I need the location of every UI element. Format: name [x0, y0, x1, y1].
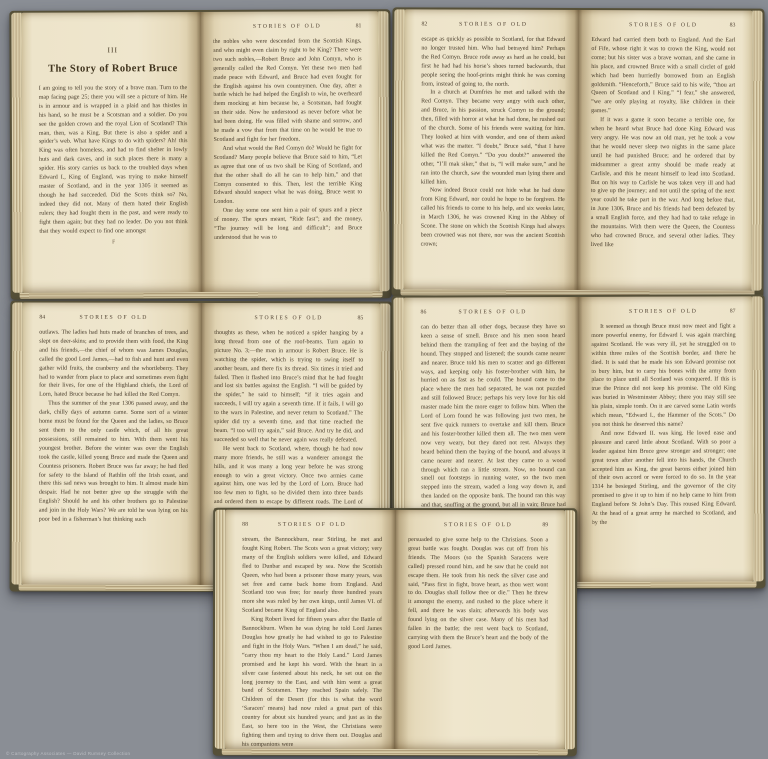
book-page-83: STORIES OF OLD 83 Edward had carried the…: [578, 10, 753, 291]
running-title: STORIES OF OLD: [55, 315, 172, 321]
paragraph: the nobles who were descended from the S…: [213, 37, 362, 145]
book-page-82: 82 STORIES OF OLD escape as quickly as p…: [404, 9, 579, 290]
running-title: STORIES OF OLD: [424, 522, 532, 528]
book-cover: III The Story of Robert Bruce I am going…: [9, 9, 391, 300]
running-title: STORIES OF OLD: [258, 522, 366, 528]
page-edge-stack-bottom: [222, 749, 568, 756]
scanned-book-viewer: { "running_title": "STORIES OF OLD", "cr…: [0, 0, 768, 759]
book-spread-88-89: 88 STORIES OF OLD stream, the Bannockbur…: [213, 508, 577, 757]
page-pair: III The Story of Robert Bruce I am going…: [21, 11, 379, 293]
paragraph: One day some one sent him a pair of spur…: [214, 207, 363, 243]
book-spread-80-81: III The Story of Robert Bruce I am going…: [9, 9, 391, 300]
paragraph: Edward had carried them both to England.…: [591, 36, 735, 117]
paragraph: I am going to tell you the story of a br…: [39, 84, 188, 236]
running-title: STORIES OF OLD: [230, 315, 347, 321]
book-page-88: 88 STORIES OF OLD stream, the Bannockbur…: [225, 510, 395, 749]
page-pair: 88 STORIES OF OLD stream, the Bannockbur…: [225, 510, 565, 750]
page-text: It seemed as though Bruce must now meet …: [591, 322, 736, 527]
paragraph: In a church at Dumfries he met and talke…: [421, 89, 565, 187]
page-edge-stack-bottom: [20, 291, 383, 299]
page-text: Edward had carried them both to England.…: [591, 36, 736, 250]
book-cover: 82 STORIES OF OLD escape as quickly as p…: [391, 7, 764, 297]
running-header: 84 STORIES OF OLD: [39, 315, 188, 321]
book-cover: 88 STORIES OF OLD stream, the Bannockbur…: [213, 508, 577, 757]
chapter-number: III: [39, 45, 188, 55]
book-page-87: STORIES OF OLD 87 It seemed as though Br…: [578, 296, 753, 582]
page-text: can do better than all other dogs, becau…: [421, 323, 566, 528]
paragraph: Thus the summer of the year 1306 passed …: [39, 400, 188, 525]
running-title: STORIES OF OLD: [437, 309, 550, 315]
book-page-84: 84 STORIES OF OLD outlaws. The ladies ha…: [22, 303, 202, 585]
running-header: STORIES OF OLD 87: [591, 308, 736, 315]
running-title: STORIES OF OLD: [437, 22, 549, 28]
page-pair: 82 STORIES OF OLD escape as quickly as p…: [404, 9, 753, 290]
running-header: STORIES OF OLD 85: [214, 315, 363, 321]
paragraph: escape as quickly as possible to Scotlan…: [421, 35, 565, 89]
chapter-head: III The Story of Robert Bruce: [39, 45, 188, 75]
page-edge-stack-right: [565, 510, 575, 749]
paragraph: It seemed as though Bruce must now meet …: [591, 322, 736, 429]
page-text: persuaded to give some help to the Chris…: [408, 536, 548, 652]
page-edge-stack-left: [215, 510, 225, 749]
page-edge-stack-right: [752, 296, 763, 581]
running-header: STORIES OF OLD 81: [213, 23, 362, 30]
page-text: the nobles who were descended from the S…: [213, 37, 362, 242]
book-page-80: III The Story of Robert Bruce I am going…: [21, 12, 201, 293]
paragraph: King Robert lived for fifteen years afte…: [242, 616, 382, 749]
running-title: STORIES OF OLD: [607, 309, 720, 315]
paragraph: And what would the Red Comyn do? Would h…: [213, 144, 362, 207]
signature-mark: F: [39, 239, 188, 246]
paragraph: thoughts as these, when he noticed a spi…: [214, 329, 363, 445]
paragraph: And now Edward II. was king. He loved ea…: [591, 429, 736, 527]
page-text: I am going to tell you the story of a br…: [39, 84, 188, 246]
running-header: 88 STORIES OF OLD: [242, 522, 382, 528]
paragraph: outlaws. The ladies had huts made of bra…: [39, 329, 188, 401]
running-header: STORIES OF OLD 83: [591, 22, 735, 29]
running-header: 86 STORIES OF OLD: [421, 309, 566, 316]
book-page-89: STORIES OF OLD 89 persuaded to give some…: [395, 510, 565, 749]
page-edge-stack-right: [378, 11, 389, 291]
book-page-81: STORIES OF OLD 81 the nobles who were de…: [200, 11, 380, 292]
paragraph: stream, the Bannockburn, near Stirling, …: [242, 536, 382, 616]
page-number: 89: [532, 522, 548, 528]
page-edge-stack-right: [752, 11, 763, 291]
page-number: 88: [242, 522, 258, 528]
page-number: 87: [720, 308, 736, 314]
running-header: 82 STORIES OF OLD: [421, 21, 565, 28]
page-number: 85: [347, 315, 363, 321]
paragraph: can do better than all other dogs, becau…: [421, 323, 566, 528]
running-title: STORIES OF OLD: [607, 22, 719, 28]
page-text: stream, the Bannockburn, near Stirling, …: [242, 536, 382, 749]
book-spread-82-83: 82 STORIES OF OLD escape as quickly as p…: [391, 7, 764, 297]
page-number: 86: [421, 309, 437, 315]
page-text: escape as quickly as possible to Scotlan…: [421, 35, 566, 249]
page-text: outlaws. The ladies had huts made of bra…: [39, 329, 189, 525]
page-number: 84: [39, 315, 55, 321]
running-header: STORIES OF OLD 89: [408, 522, 548, 528]
page-number: 83: [719, 22, 735, 28]
page-number: 81: [345, 23, 361, 29]
paragraph: If it was a game it soon became a terrib…: [591, 116, 735, 250]
running-title: STORIES OF OLD: [229, 23, 346, 30]
paragraph: persuaded to give some help to the Chris…: [408, 536, 548, 652]
collection-credit-line: © Cartography Associates — David Rumsey …: [6, 751, 130, 756]
chapter-title: The Story of Robert Bruce: [39, 63, 188, 75]
paragraph: Now indeed Bruce could not hide what he …: [421, 187, 565, 250]
page-number: 82: [421, 21, 437, 27]
